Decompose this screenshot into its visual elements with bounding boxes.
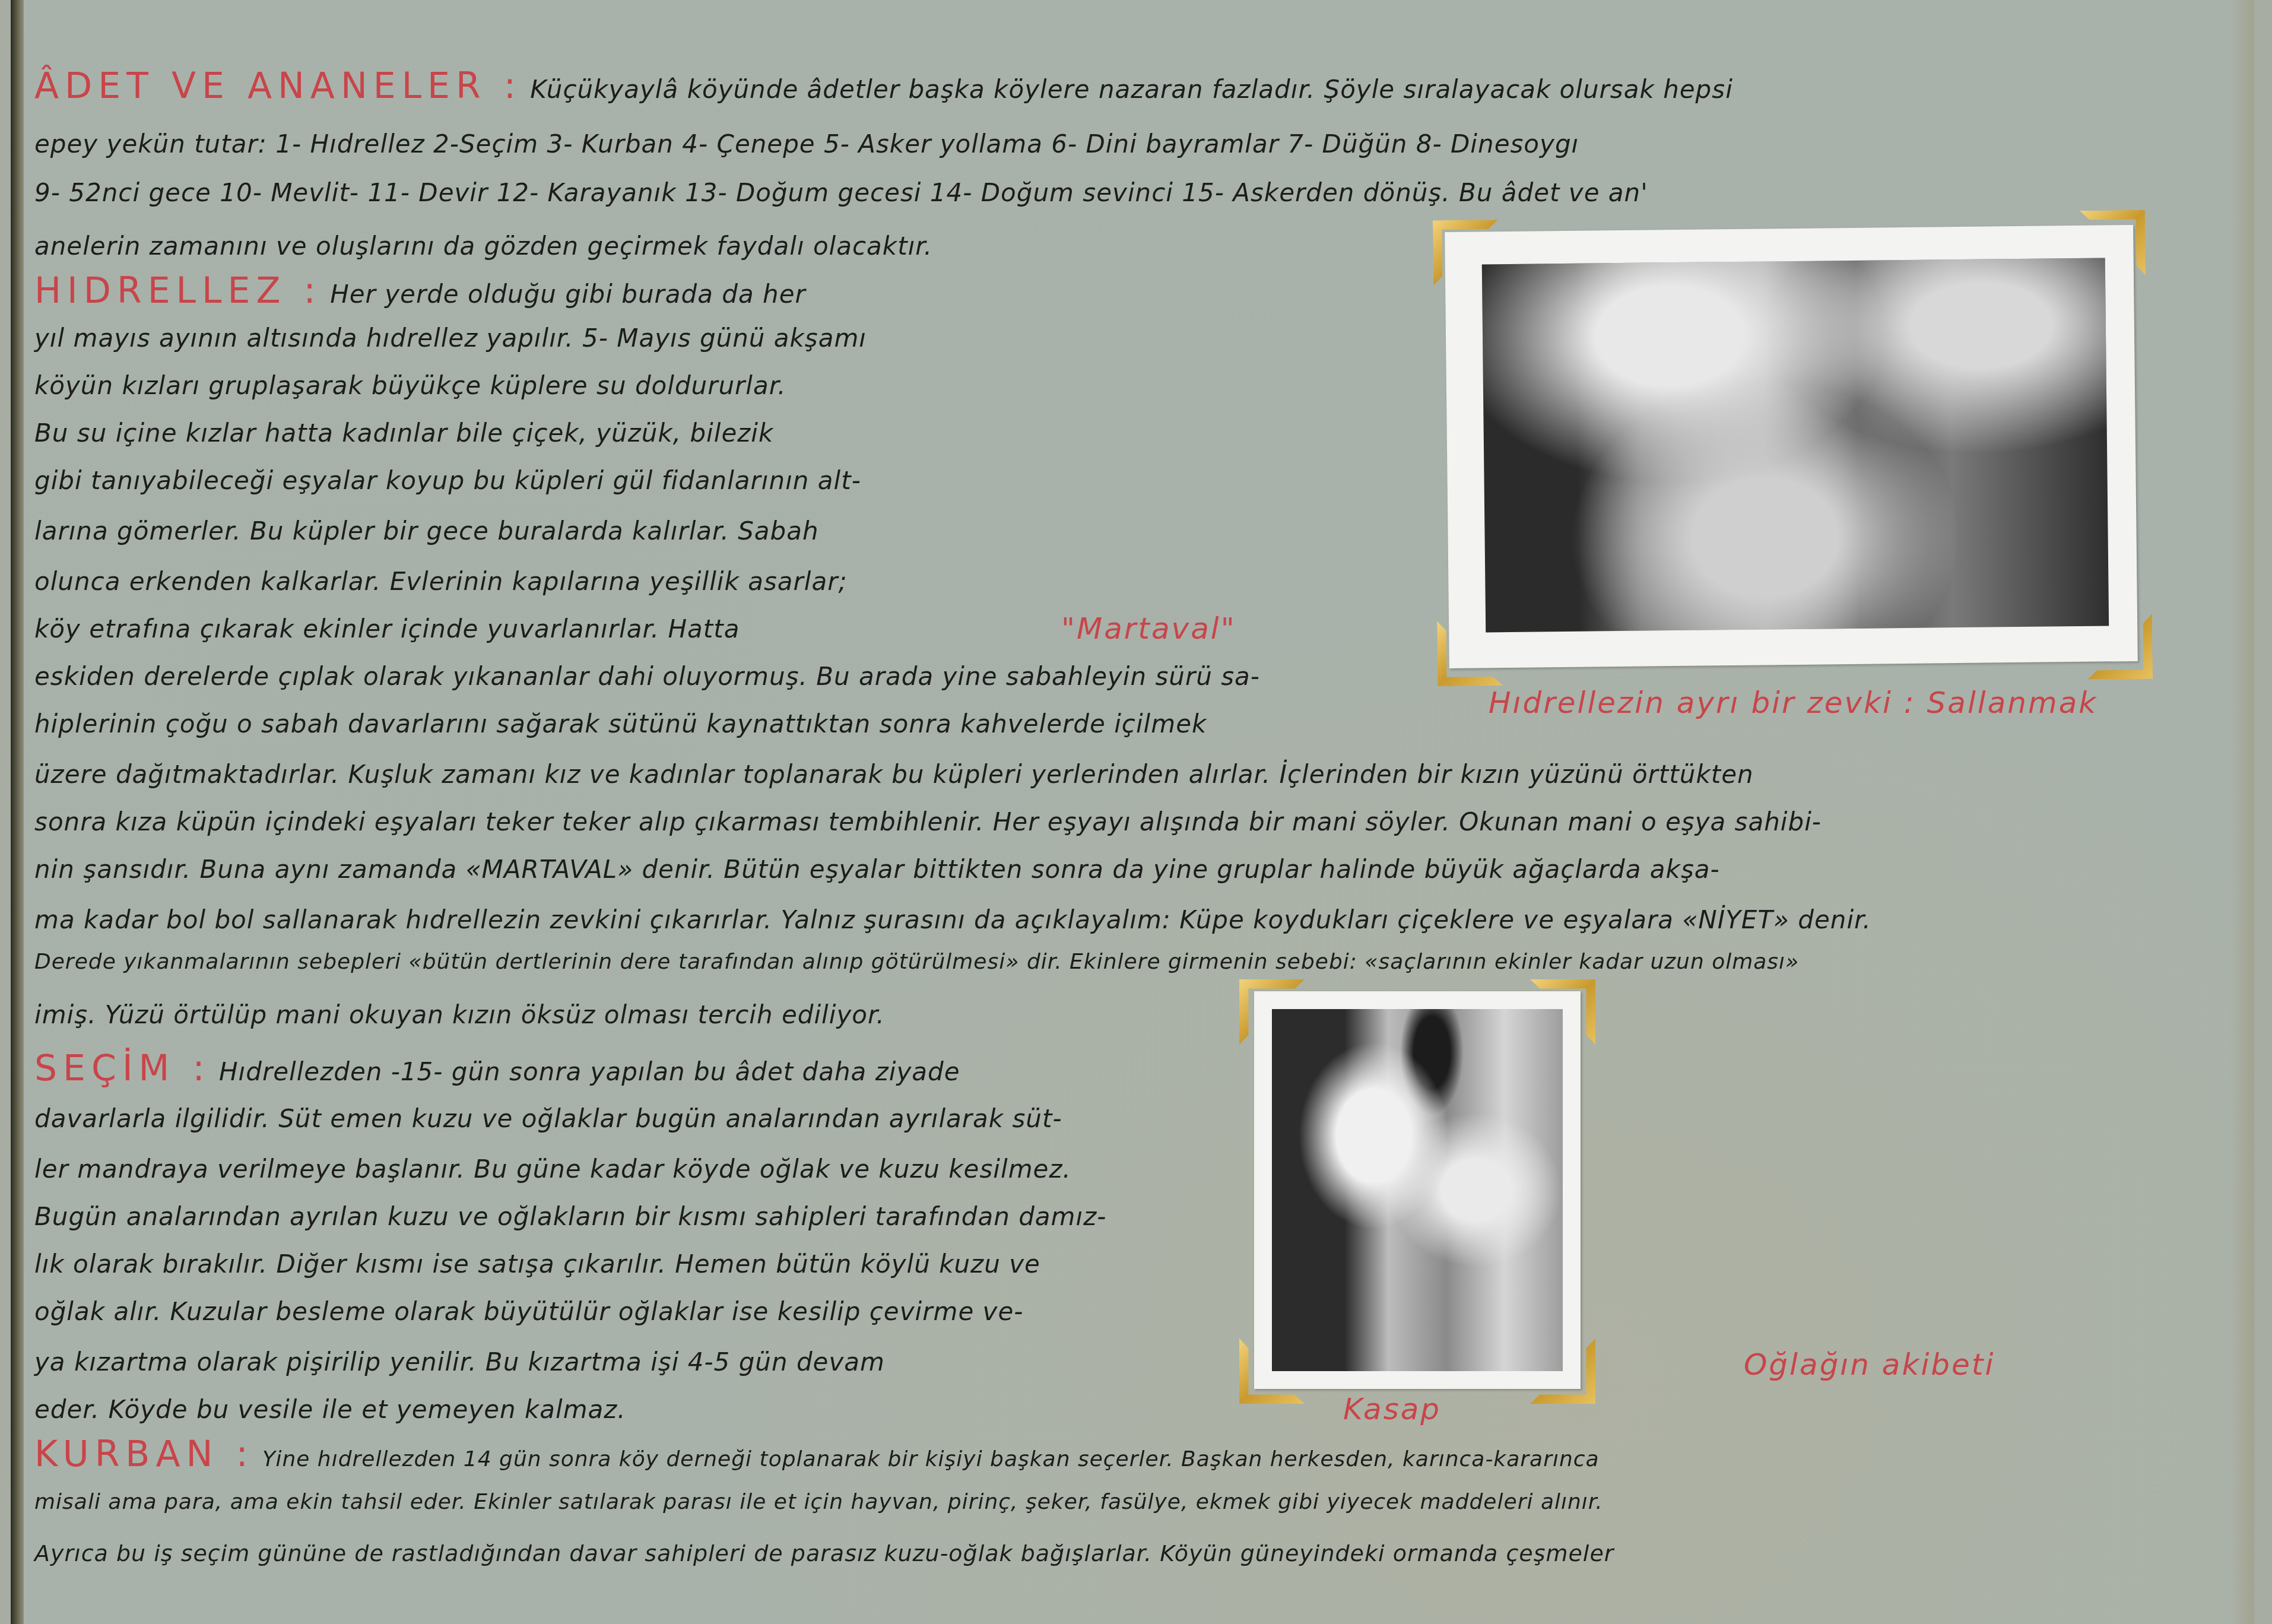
- hidrellez-line-11: üzere dağıtmaktadırlar. Kuşluk zamanı kı…: [34, 760, 1754, 789]
- hidrellez-line-5: gibi tanıyabileceği eşyalar koyup bu küp…: [34, 466, 861, 495]
- hidrellez-line-6: larına gömerler. Bu küpler bir gece bura…: [34, 516, 819, 545]
- hidrellez-line-16: imiş. Yüzü örtülüp mani okuyan kızın öks…: [34, 1000, 885, 1029]
- photo-image-butcher: [1272, 1009, 1563, 1371]
- secim-line-7: ya kızartma olarak pişirilip yenilir. Bu…: [34, 1347, 885, 1376]
- hidrellez-line-10: hiplerinin çoğu o sabah davarlarını sağa…: [34, 709, 1207, 738]
- caption-kasap: Kasap: [1343, 1392, 1441, 1426]
- page-edge: [2230, 0, 2254, 1624]
- secim-line-6: oğlak alır. Kuzular besleme olarak büyüt…: [34, 1297, 1023, 1326]
- hidrellez-line-2: yıl mayıs ayının altısında hıdrellez yap…: [34, 323, 867, 353]
- hidrellez-line-8: köy etrafına çıkarak ekinler içinde yuva…: [34, 614, 740, 643]
- text-line: Yine hıdrellezden 14 gün sonra köy derne…: [262, 1447, 1600, 1471]
- hidrellez-line-13: nin şansıdır. Buna aynı zamanda «MARTAVA…: [34, 855, 1720, 884]
- secim-line-2: davarlarla ilgilidir. Süt emen kuzu ve o…: [34, 1104, 1062, 1133]
- secim-line-8: eder. Köyde bu vesile ile et yemeyen kal…: [34, 1395, 626, 1424]
- text-line: Her yerde olduğu gibi burada da her: [330, 280, 806, 309]
- margin-note-martaval: "Martaval": [1061, 611, 1236, 646]
- kurban-line-1: KURBAN : Yine hıdrellezden 14 gün sonra …: [34, 1433, 1600, 1475]
- hidrellez-line-14: ma kadar bol bol sallanarak hıdrellezin …: [34, 905, 1871, 934]
- hidrellez-line-1: HIDRELLEZ : Her yerde olduğu gibi burada…: [34, 270, 806, 312]
- photo-image-villagers: [1482, 258, 2109, 632]
- hidrellez-line-3: köyün kızları gruplaşarak büyükçe küpler…: [34, 371, 786, 400]
- secim-line-4: Bugün analarından ayrılan kuzu ve oğlakl…: [34, 1202, 1106, 1231]
- hidrellez-line-15: Derede yıkanmalarının sebepleri «bütün d…: [34, 950, 1799, 974]
- adet-line-4: anelerin zamanını ve oluşlarını da gözde…: [34, 231, 932, 261]
- side-caption-oglagin-akibeti: Oğlağın akibeti: [1744, 1347, 1995, 1382]
- hidrellez-line-9: eskiden derelerde çıplak olarak yıkananl…: [34, 662, 1260, 691]
- heading-hidrellez: HIDRELLEZ :: [34, 270, 322, 312]
- text-line: Küçükyaylâ köyünde âdetler başka köylere…: [530, 75, 1732, 104]
- caption-sallanmak: Hıdrellezin ayrı bir zevki : Sallanmak: [1489, 686, 2098, 720]
- secim-line-3: ler mandraya verilmeye başlanır. Bu güne…: [34, 1154, 1071, 1184]
- album-page: ÂDET VE ANANELER : Küçükyaylâ köyünde âd…: [11, 0, 2254, 1624]
- heading-adet: ÂDET VE ANANELER :: [34, 65, 522, 107]
- heading-secim: SEÇİM :: [34, 1048, 211, 1089]
- heading-kurban: KURBAN :: [34, 1433, 254, 1475]
- kurban-line-2: misali ama para, ama ekin tahsil eder. E…: [34, 1490, 1603, 1514]
- adet-line-1: ÂDET VE ANANELER : Küçükyaylâ köyünde âd…: [34, 65, 1733, 107]
- kurban-line-3: Ayrıca bu iş seçim gününe de rastladığın…: [34, 1540, 1614, 1566]
- hidrellez-line-7: olunca erkenden kalkarlar. Evlerinin kap…: [34, 567, 848, 596]
- album-spine: [11, 0, 24, 1624]
- photo-kasap: [1254, 991, 1581, 1389]
- adet-line-3: 9- 52nci gece 10- Mevlit- 11- Devir 12- …: [34, 178, 1648, 207]
- hidrellez-line-12: sonra kıza küpün içindeki eşyaları teker…: [34, 807, 1822, 836]
- text-line: Hıdrellezden -15- gün sonra yapılan bu â…: [219, 1057, 960, 1086]
- photo-sallanmak: [1445, 225, 2138, 668]
- hidrellez-line-4: Bu su içine kızlar hatta kadınlar bile ç…: [34, 418, 773, 448]
- secim-line-5: lık olarak bırakılır. Diğer kısmı ise sa…: [34, 1249, 1040, 1279]
- secim-line-1: SEÇİM : Hıdrellezden -15- gün sonra yapı…: [34, 1048, 960, 1089]
- adet-line-2: epey yekün tutar: 1- Hıdrellez 2-Seçim 3…: [34, 129, 1579, 158]
